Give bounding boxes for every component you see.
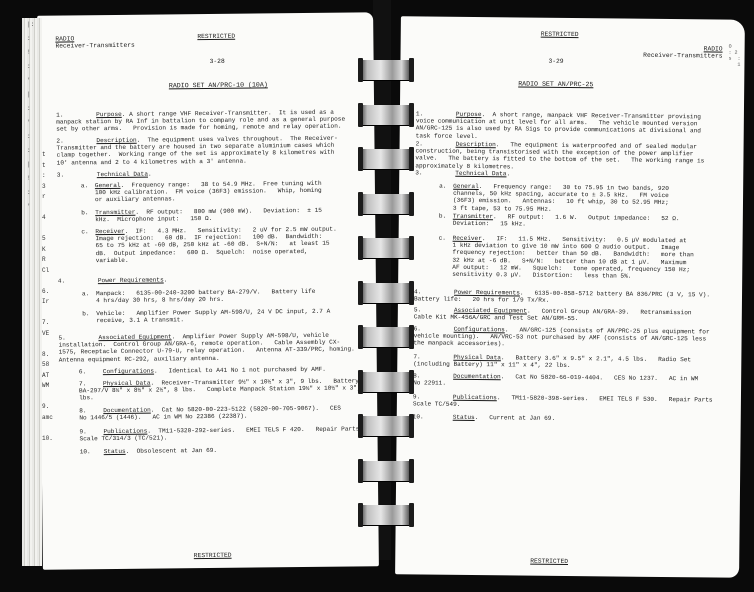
paragraph-number: 1. xyxy=(416,110,423,117)
paragraph-number: 5. xyxy=(58,334,65,341)
paragraph: a.General. Frequency range: 30 to 75.95 … xyxy=(401,16,745,20)
paragraph: a.Manpack: 6135-00-240-3200 battery BA-2… xyxy=(37,12,373,16)
binding-ring xyxy=(360,372,412,392)
paragraph-text-continued: manpack station by RA Inf in battalion t… xyxy=(56,116,345,133)
paragraph: 5.Associated Equipment. Control Group AN… xyxy=(401,16,745,20)
paragraph-text-continued: No 22911. xyxy=(413,380,446,388)
paragraph-text-continued: voice communication at unit level for al… xyxy=(416,118,701,143)
paragraph-text: . RF output: 800 mW (900 mW). Deviation:… xyxy=(135,207,322,216)
binding-ring xyxy=(360,505,412,525)
paragraph: 1.Purpose. A short range VHF Receiver-Tr… xyxy=(37,12,373,16)
right-paragraphs: 1.Purpose. A short range, manpack VHF Re… xyxy=(401,16,745,20)
binding-ring xyxy=(360,149,412,169)
paragraph-heading: Receiver xyxy=(453,235,482,242)
paragraph-number: a. xyxy=(81,182,88,189)
paragraph: a.General. Frequency range: 38 to 54.9 M… xyxy=(37,12,373,16)
paragraph-text: Vehicle: Amplifier Power Supply AM-598/U… xyxy=(96,308,330,317)
paragraph-number: 2. xyxy=(416,140,423,147)
paragraph-text: . Current at Jan 69. xyxy=(475,414,556,422)
paragraph-number: 3. xyxy=(415,169,422,176)
paragraph-text-continued: installation. Control Group AN/GRA-6, re… xyxy=(59,339,355,364)
paragraph-text-continued: Scale TC/549. xyxy=(413,401,461,409)
paragraph-heading: Status xyxy=(453,414,475,421)
binding-ring xyxy=(360,283,412,303)
binding-ring xyxy=(360,327,412,347)
paragraph-number: 6. xyxy=(79,368,86,375)
paragraph-text-continued: kHz. Microphone input: 150 Ω. xyxy=(95,215,212,223)
paragraph-text-continued: vehicle mounting). AN/VRC-53 not purchas… xyxy=(413,333,706,350)
right-page: RESTRICTED RADIO Receiver-Transmitters O… xyxy=(395,16,745,578)
paragraph: 2.Description. The equipment uses valves… xyxy=(37,12,373,16)
left-page: RADIO Receiver-Transmitters RESTRICTED 3… xyxy=(37,12,379,569)
paragraph-text: . xyxy=(148,171,152,178)
paragraph: 10.Status. Current at Jan 69. xyxy=(401,16,745,20)
paragraph: 2.Description. The equipment is waterpro… xyxy=(401,16,745,20)
paragraph-heading: General xyxy=(453,183,479,190)
paragraph-number: 4. xyxy=(414,288,421,295)
paragraph-number: 6. xyxy=(414,325,421,332)
paragraph-heading: Configurations xyxy=(103,368,154,376)
binding-ring xyxy=(360,238,412,258)
paragraph-number: 7. xyxy=(413,353,420,360)
right-classification-bottom: RESTRICTED xyxy=(530,558,568,565)
paragraph-text-continued: No 1446/5 (1446). AC in WM No 22386 (223… xyxy=(79,413,247,422)
right-classification-top: RESTRICTED xyxy=(541,31,579,38)
paragraph-text-continued: Battery life: 20 hrs for 1/9 Tx/Rx. xyxy=(414,296,549,305)
paragraph-text: . TM11-5320-292-series. EMEI TELS F 420.… xyxy=(147,425,359,434)
paragraph-text: . xyxy=(506,170,510,177)
paragraph-number: c. xyxy=(81,228,88,235)
paragraph-text: . Identical to A41 No 1 not purchased by… xyxy=(154,366,326,375)
paragraph-heading: Technical Data xyxy=(455,170,506,178)
paragraph: c.Receiver. IF: 4.3 MHz. Sensitivity: 2 … xyxy=(37,12,373,16)
paragraph-number: 1. xyxy=(56,112,63,119)
paragraph-number: 9. xyxy=(79,428,86,435)
paragraph: 8.Documentation. Cat No 5820-00-223-5122… xyxy=(37,12,373,16)
paragraph: 8.Documentation. Cat No 5820-66-019-4404… xyxy=(401,16,745,20)
paragraph: b.Vehicle: Amplifier Power Supply AM-598… xyxy=(37,12,373,16)
paragraph: 3.Technical Data. xyxy=(37,12,373,16)
paragraph: 3.Technical Data. xyxy=(401,16,745,20)
paragraph-text-continued: Deviation: 15 kHz. xyxy=(453,220,526,228)
paragraph-text-continued: channels, 50 kHz spacing, accurate to ± … xyxy=(453,190,669,214)
right-header: RADIO Receiver-Transmitters xyxy=(643,45,723,61)
left-classification-bottom: RESTRICTED xyxy=(194,552,232,559)
paragraph-number: 8. xyxy=(79,407,86,414)
paragraph-text: . Cat No 5820-66-019-4404. CES No 1237. … xyxy=(501,373,699,382)
left-document-title: RADIO SET AN/PRC-10 (10A) xyxy=(169,81,268,89)
binding-ring xyxy=(360,416,412,436)
right-page-number: 3-29 xyxy=(548,58,563,65)
paragraph-number: b. xyxy=(81,209,88,216)
paragraph-number: 4. xyxy=(58,277,65,284)
paragraph-text-continued: Scale TC/314/3 (TC/521). xyxy=(80,435,168,443)
paragraph-number: 7. xyxy=(79,380,86,387)
paragraph-heading: Documentation xyxy=(453,373,501,380)
paragraph-text-continued: BA-297/V 8½" x 8½" x 2½", 8 lbs. Complet… xyxy=(79,384,372,401)
left-classification-top: RESTRICTED xyxy=(197,33,235,40)
paragraph-text: . TM11-5820-398-series. EMEI TELS F 530.… xyxy=(497,394,713,403)
paragraph: 9.Publications. TM11-5820-398-series. EM… xyxy=(401,16,745,20)
paragraph-text-continued: Transmitter and the battery are housed i… xyxy=(56,142,334,167)
binding-ring xyxy=(360,461,412,481)
paragraph-text: . xyxy=(164,276,168,283)
paragraph-number: 2. xyxy=(56,138,63,145)
paragraph-number: 5. xyxy=(414,306,421,313)
left-header: RADIO Receiver-Transmitters xyxy=(55,35,135,50)
paragraph: 4.Power Requirements. xyxy=(37,12,373,16)
right-document-title: RADIO SET AN/PRC-25 xyxy=(518,80,593,88)
paragraph-number: a. xyxy=(439,183,446,190)
binding-ring xyxy=(360,60,412,80)
paragraph: 5.Associated Equipment. Amplifier Power … xyxy=(37,12,373,16)
paragraph-number: a. xyxy=(82,290,89,297)
right-margin-marks: O : 2 s : 1 xyxy=(728,44,740,68)
left-header-subsection: Receiver-Transmitters xyxy=(55,42,134,50)
paragraph-text-continued: construction, being transistorised with … xyxy=(415,148,704,173)
paragraph-number: b. xyxy=(82,310,89,317)
underlying-page-fragments: t t : 3 r 4 5 K R Cl 6. Ir 7. VE 8. 58 A… xyxy=(42,150,54,444)
paragraph-text-continued: 100 kHz calibration. FM voice (36F3) emi… xyxy=(95,187,322,204)
paragraph-text: . Obsolescent at Jan 69. xyxy=(126,447,217,455)
paragraph-number: 8. xyxy=(413,372,420,379)
paragraph-heading: Technical Data xyxy=(97,171,148,179)
paragraph-heading: Receiver xyxy=(95,228,124,235)
paragraph-number: 9. xyxy=(413,393,420,400)
paragraph-text-continued: Image rejection: 60 dB. IF rejection: 10… xyxy=(95,233,329,264)
paragraph-text-continued: (including Battery) 11" x 11" x 4", 22 l… xyxy=(413,361,570,370)
paragraph: c.Receiver. IF: 11.5 MHz. Sensitivity: 0… xyxy=(401,16,745,20)
paragraph: 7.Physical Data. Receiver-Transmitter 9½… xyxy=(37,12,373,16)
left-page-number: 3-28 xyxy=(210,58,225,65)
paragraph: 6.Configurations. AN/GRC-125 (consists o… xyxy=(401,16,745,20)
paragraph-number: c. xyxy=(439,235,446,242)
right-header-subsection: Receiver-Transmitters xyxy=(643,52,722,60)
paragraph: 1.Purpose. A short range, manpack VHF Re… xyxy=(401,16,745,20)
paragraph: 7.Physical Data. Battery 3.6" x 9.5" x 2… xyxy=(401,16,745,20)
paragraph-text-continued: receive, 3.1 A transmit. xyxy=(96,316,184,324)
paragraph-heading: Status xyxy=(104,448,126,455)
paragraph-heading: Purpose xyxy=(96,111,122,118)
paragraph-number: 10. xyxy=(413,413,424,420)
paragraph-number: b. xyxy=(439,213,446,220)
paragraph: b.Transmitter. RF output: 800 mW (900 mW… xyxy=(37,12,373,16)
binding-ring xyxy=(360,105,412,125)
paragraph-number: 10. xyxy=(80,448,91,455)
paragraph-heading: Purpose xyxy=(456,111,482,118)
stacked-page-edges: |: : ! : ' | : ' : : | ! : ' xyxy=(22,18,42,566)
paragraph-heading: General xyxy=(95,182,121,189)
paragraph-text-continued: 4 hrs/day 30 hrs, 8 hrs/day 20 hrs. xyxy=(96,296,224,305)
stacked-page-marks: |: : ! : ' | : ' : : | ! : ' xyxy=(22,18,42,566)
paragraph: 4.Power Requirements. 6135-00-858-5712 b… xyxy=(401,16,745,20)
paragraph: b.Transmitter. RF output: 1.6 W. Output … xyxy=(401,16,745,20)
binding-ring xyxy=(360,194,412,214)
paragraph-text-continued: Cable Kit MK-456A/GRC and Test Set AN/GR… xyxy=(414,314,579,323)
paragraph: 10.Status. Obsolescent at Jan 69. xyxy=(37,12,373,16)
paragraph: 6.Configurations. Identical to A41 No 1 … xyxy=(37,12,373,16)
left-paragraphs: 1.Purpose. A short range VHF Receiver-Tr… xyxy=(37,12,373,16)
paragraph-heading: Power Requirements xyxy=(98,276,164,284)
paragraph: 9.Publications. TM11-5320-292-series. EM… xyxy=(37,12,373,16)
paragraph-number: 3. xyxy=(57,172,64,179)
paragraph-text-continued: 1 kHz deviation to give 10 mW into 600 Ω… xyxy=(452,242,694,281)
